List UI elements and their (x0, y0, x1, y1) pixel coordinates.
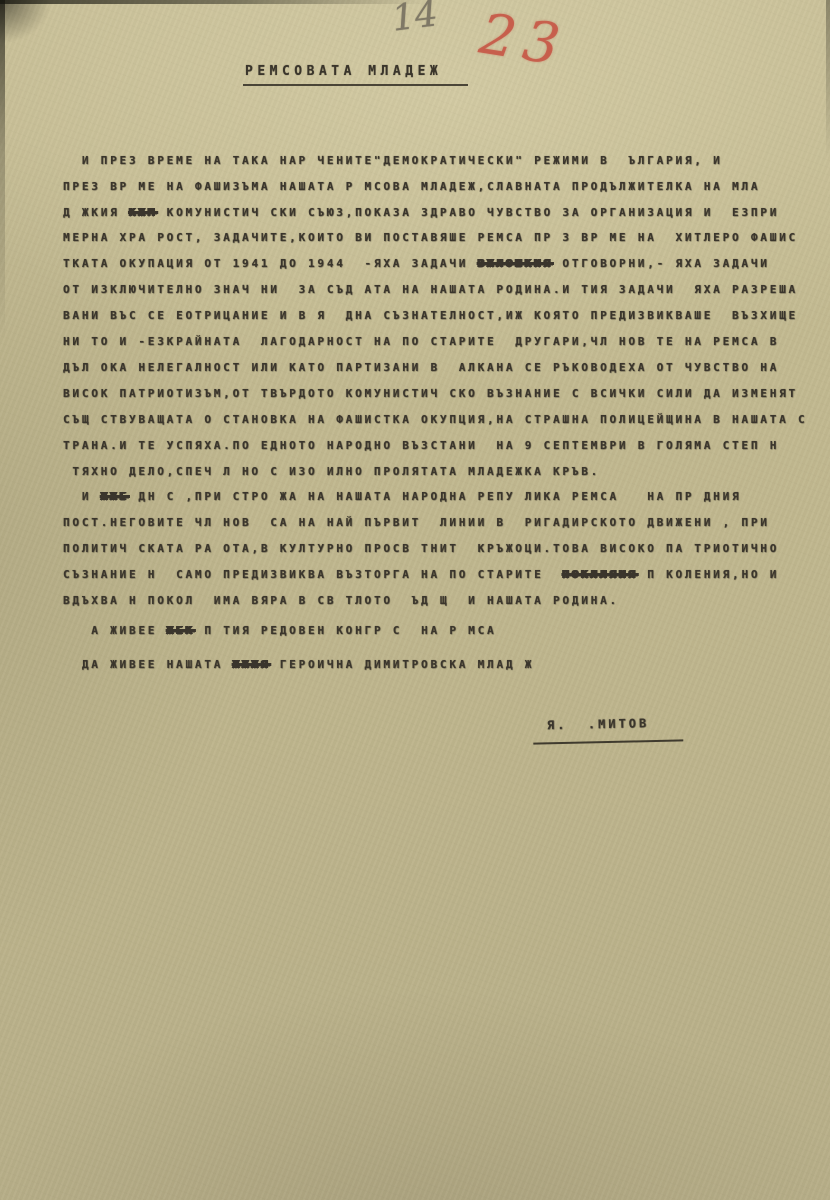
typescript-line: МЕРНА ХРА РОСТ, ЗАДАЧИТЕ,КОИТО ВИ ПОСТАВ… (63, 225, 823, 251)
overstruck-word: ВЖЛОШКИЯ (478, 257, 553, 270)
typescript-line: ВИСОК ПАТРИОТИЗЪМ,ОТ ТВЪРДОТО КОМУНИСТИЧ… (63, 381, 823, 407)
document-title: РЕМСОВАТА МЛАДЕЖ (243, 64, 468, 86)
typescript-line: СЪЩ СТВУВАЩАТА О СТАНОВКА НА ФАШИСТКА ОК… (63, 407, 823, 433)
typescript-line: ПОСТ.НЕГОВИТЕ ЧЛ НОВ СА НА НАЙ ПЪРВИТ ЛИ… (63, 510, 823, 536)
typescript-line: ТКАТА ОКУПАЦИЯ ОТ 1941 ДО 1944 -ЯХА ЗАДА… (63, 251, 823, 277)
signature-line: Я. .МИТОВ (532, 710, 683, 744)
handwritten-red-archive-number: 23 (475, 2, 571, 80)
handwritten-pencil-page-number: 14 (390, 0, 440, 40)
typescript-lines: И ПРЕЗ ВРЕМЕ НА ТАКА НАР ЧЕНИТЕ"ДЕМОКРАТ… (63, 148, 823, 678)
typescript-line: СЪЗНАНИЕ Н САМО ПРЕДИЗВИКВА ВЪЗТОРГА НА … (63, 562, 823, 588)
overstruck-word: ЖЖЖЯ (233, 658, 271, 671)
scan-edge-right-shadow (826, 0, 830, 160)
scan-edge-left-shadow (0, 0, 5, 340)
overstruck-word: ЖЖЕ (101, 490, 129, 503)
typescript-line: ВАНИ ВЪС СЕ ЕОТРИЦАНИЕ И В Я ДНА СЪЗНАТЕ… (63, 303, 823, 329)
typescript-line: И ПРЕЗ ВРЕМЕ НА ТАКА НАР ЧЕНИТЕ"ДЕМОКРАТ… (63, 148, 823, 174)
overstruck-word: КЖМ (129, 206, 157, 219)
scan-corner-top-left-shadow (0, 0, 52, 44)
typescript-line: ДЪЛ ОКА НЕЛЕГАЛНОСТ ИЛИ КАТО ПАРТИЗАНИ В… (63, 355, 823, 381)
typescript-line: ПРЕЗ ВР МЕ НА ФАШИЗЪМА НАШАТА Р МСОВА МЛ… (63, 174, 823, 200)
typescript-line: ВДЪХВА Н ПОКОЛ ИМА ВЯРА В СВ ТЛОТО ЪД Щ … (63, 588, 823, 614)
typescript-body: И ПРЕЗ ВРЕМЕ НА ТАКА НАР ЧЕНИТЕ"ДЕМОКРАТ… (63, 96, 823, 768)
typescript-line: ТЯХНО ДЕЛО,СПЕЧ Л НО С ИЗО ИЛНО ПРОЛЯТАТ… (63, 459, 823, 485)
typescript-line: ДА ЖИВЕЕ НАШАТА ЖЖЖЯ ГЕРОИЧНА ДИМИТРОВСК… (63, 652, 823, 678)
typescript-line: А ЖИВЕЕ ЖЕК П ТИЯ РЕДОВЕН КОНГР С НА Р М… (63, 618, 823, 644)
overstruck-word: ЖЕК (167, 624, 195, 637)
typescript-line: НИ ТО И -ЕЗКРАЙНАТА ЛАГОДАРНОСТ НА ПО СТ… (63, 329, 823, 355)
typescript-line: ПОЛИТИЧ СКАТА РА ОТА,В КУЛТУРНО ПРОСВ ТН… (63, 536, 823, 562)
typescript-line: ТРАНА.И ТЕ УСПЯХА.ПО ЕДНОТО НАРОДНО ВЪЗС… (63, 433, 823, 459)
typescript-line: ОТ ИЗКЛЮЧИТЕЛНО ЗНАЧ НИ ЗА СЪД АТА НА НА… (63, 277, 823, 303)
overstruck-word: ПОКЛЛЯИЯ (562, 568, 637, 581)
scan-edge-top-shadow (0, 0, 430, 4)
typescript-line: Д ЖКИЯ КЖМ КОМУНИСТИЧ СКИ СЪЮЗ,ПОКАЗА ЗД… (63, 200, 823, 226)
scanned-typescript-page: 14 23 РЕМСОВАТА МЛАДЕЖ И ПРЕЗ ВРЕМЕ НА Т… (0, 0, 830, 1200)
typescript-line: И ЖЖЕ ДН С ,ПРИ СТРО ЖА НА НАШАТА НАРОДН… (63, 484, 823, 510)
